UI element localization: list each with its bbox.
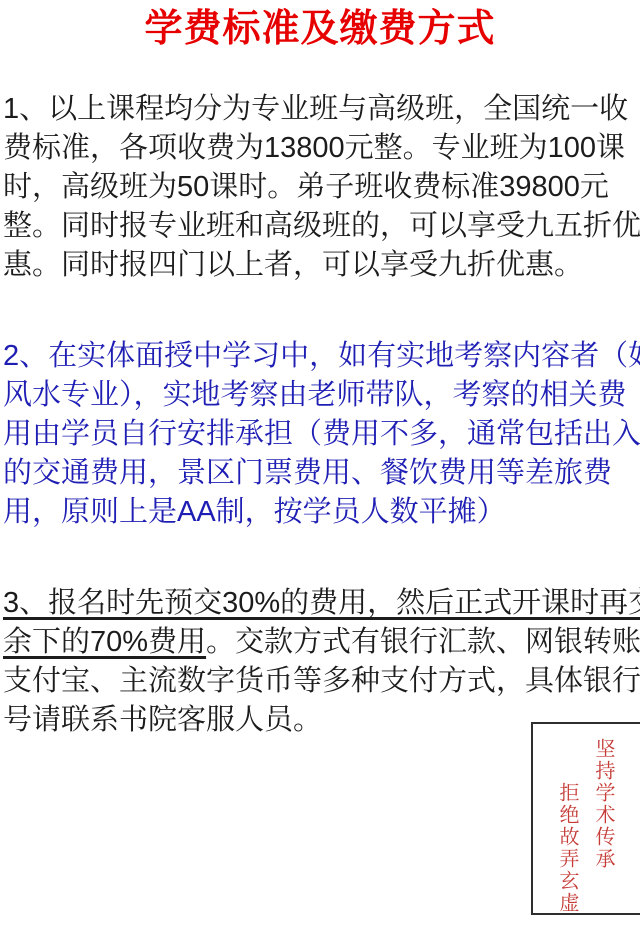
text-line: 3、报名时先预交30%的费用，然后正式开课时再交 (3, 584, 637, 623)
stamp-motto-line-1: 坚持学术传承 (593, 738, 613, 870)
text-line: 余下的70%费用。交款方式有银行汇款、网银转账及 (3, 623, 637, 662)
content: 1、以上课程均分为专业班与高级班，全国统一收 费标准，各项收费为13800元整。… (0, 90, 640, 740)
underlined-text: 3、报名时先预交30%的费用，然后正式开课时再交 (3, 587, 640, 619)
paragraph-payment: 3、报名时先预交30%的费用，然后正式开课时再交 余下的70%费用。交款方式有银… (3, 584, 637, 740)
text-line: 的交通费用，景区门票费用、餐饮费用等差旅费 (3, 454, 637, 493)
text-line: 惠。同时报四门以上者，可以享受九折优惠。 (3, 246, 637, 285)
text-line: 1、以上课程均分为专业班与高级班，全国统一收 (3, 90, 637, 129)
text-line: 风水专业），实地考察由老师带队，考察的相关费 (3, 376, 637, 415)
text-line: 支付宝、主流数字货币等多种支付方式，具体银行账 (3, 662, 637, 701)
paragraph-fee-standard: 1、以上课程均分为专业班与高级班，全国统一收 费标准，各项收费为13800元整。… (3, 90, 637, 285)
paragraph-field-trip: 2、在实体面授中学习中，如有实地考察内容者（如 风水专业），实地考察由老师带队，… (3, 337, 637, 532)
plain-text: 。交款方式有银行汇款、网银转账及 (206, 626, 640, 658)
page: 学费标准及缴费方式 1、以上课程均分为专业班与高级班，全国统一收 费标准，各项收… (0, 0, 640, 925)
page-title: 学费标准及缴费方式 (0, 6, 640, 52)
text-line: 用，原则上是AA制，按学员人数平摊） (3, 493, 637, 532)
underlined-text: 余下的70%费用 (3, 626, 206, 658)
stamp-box: 坚持学术传承 拒绝故弄玄虚 (531, 722, 640, 915)
text-line: 费标准，各项收费为13800元整。专业班为100课 (3, 129, 637, 168)
stamp-motto-line-2: 拒绝故弄玄虚 (557, 782, 577, 914)
text-line: 用由学员自行安排承担（费用不多，通常包括出入 (3, 415, 637, 454)
text-line: 2、在实体面授中学习中，如有实地考察内容者（如 (3, 337, 637, 376)
text-line: 整。同时报专业班和高级班的，可以享受九五折优 (3, 207, 637, 246)
text-line: 时，高级班为50课时。弟子班收费标准39800元 (3, 168, 637, 207)
